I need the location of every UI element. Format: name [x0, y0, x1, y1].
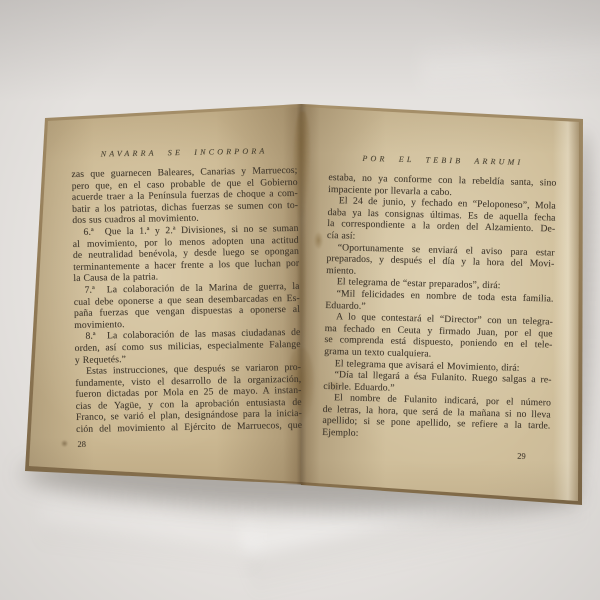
left-page-text: NAVARRA SE INCORPORA zas que guarnecen B… — [71, 146, 302, 449]
left-page-lines: zas que guarnecen Baleares, Canarias y M… — [71, 165, 302, 436]
background-wrinkle — [418, 22, 600, 99]
right-page-lines: estaba, no ya conforme con la rebeldía s… — [322, 172, 556, 444]
right-page-text: POR EL TEBIB ARRUMI estaba, no ya confor… — [322, 153, 557, 461]
photo-background: NAVARRA SE INCORPORA zas que guarnecen B… — [0, 0, 600, 600]
